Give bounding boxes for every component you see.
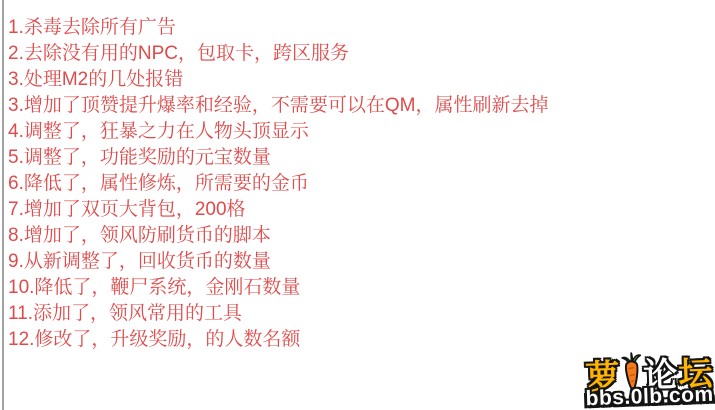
changelog-line: 4.调整了，狂暴之力在人物头顶显示 <box>8 119 698 145</box>
changelog-line: 5.调整了，功能奖励的元宝数量 <box>8 145 698 171</box>
forum-url: bbs.0lb.com <box>585 384 714 409</box>
left-border-line <box>2 0 4 410</box>
changelog-line: 9.从新调整了，回收货币的数量 <box>8 249 698 275</box>
changelog-line: 8.增加了，领风防刷货币的脚本 <box>8 223 698 249</box>
changelog-line: 1.杀毒去除所有广告 <box>8 15 698 41</box>
changelog-list: 1.杀毒去除所有广告 2.去除没有用的NPC，包取卡，跨区服务 3.处理M2的几… <box>8 15 698 353</box>
changelog-line: 12.修改了，升级奖励，的人数名额 <box>8 327 698 353</box>
changelog-line: 10.降低了，鞭尸系统，金刚石数量 <box>8 275 698 301</box>
forum-watermark-logo: 萝 论 坛 bbs.0lb.com <box>584 349 714 409</box>
page: 1.杀毒去除所有广告 2.去除没有用的NPC，包取卡，跨区服务 3.处理M2的几… <box>0 0 715 410</box>
changelog-line: 6.降低了，属性修炼，所需要的金币 <box>8 171 698 197</box>
changelog-line: 2.去除没有用的NPC，包取卡，跨区服务 <box>8 41 698 67</box>
changelog-line: 7.增加了双页大背包，200格 <box>8 197 698 223</box>
changelog-line: 11.添加了，领风常用的工具 <box>8 301 698 327</box>
changelog-line: 3.处理M2的几处报错 <box>8 67 698 93</box>
changelog-line: 3.增加了顶赞提升爆率和经验，不需要可以在QM，属性刷新去掉 <box>8 93 698 119</box>
